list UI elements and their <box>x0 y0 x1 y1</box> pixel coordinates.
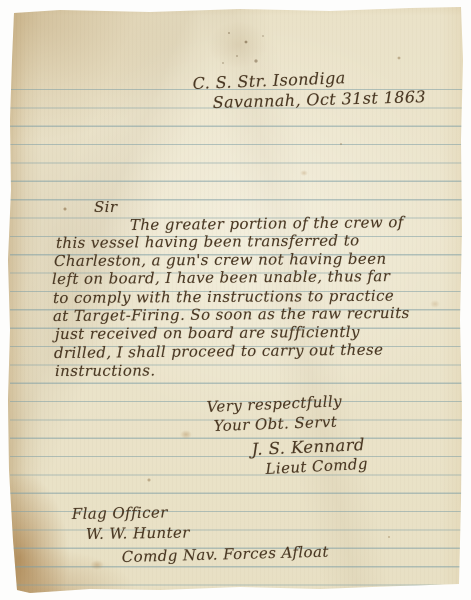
closing-servant: Your Obt. Servt <box>213 413 337 435</box>
recipient-command: Comdg Nav. Forces Afloat <box>122 543 329 566</box>
body-line: left on board, I have been unable, thus … <box>52 267 390 288</box>
foxing-spot <box>430 300 440 308</box>
foxing-spot <box>300 170 308 176</box>
body-line: at Target-Firing. So soon as the raw rec… <box>53 304 410 325</box>
body-line: The greater portion of the crew of <box>130 213 404 234</box>
letter-paper: C. S. Str. Isondiga Savannah, Oct 31st 1… <box>0 0 471 600</box>
ink-specks <box>0 0 2 2</box>
foxing-spot <box>90 560 104 570</box>
body-line: instructions. <box>55 361 156 380</box>
signature-rank: Lieut Comdg <box>265 455 368 478</box>
foxing-spot <box>180 430 192 439</box>
recipient-title: Flag Officer <box>72 503 168 523</box>
salutation: Sir <box>94 198 117 216</box>
body-line: this vessel having been transferred to <box>56 231 360 252</box>
letter-scan: C. S. Str. Isondiga Savannah, Oct 31st 1… <box>0 0 471 600</box>
body-line: drilled, I shall proceed to carry out th… <box>54 341 384 362</box>
body-line: just received on board are sufficiently <box>55 323 360 343</box>
recipient-name: W. W. Hunter <box>86 524 190 543</box>
